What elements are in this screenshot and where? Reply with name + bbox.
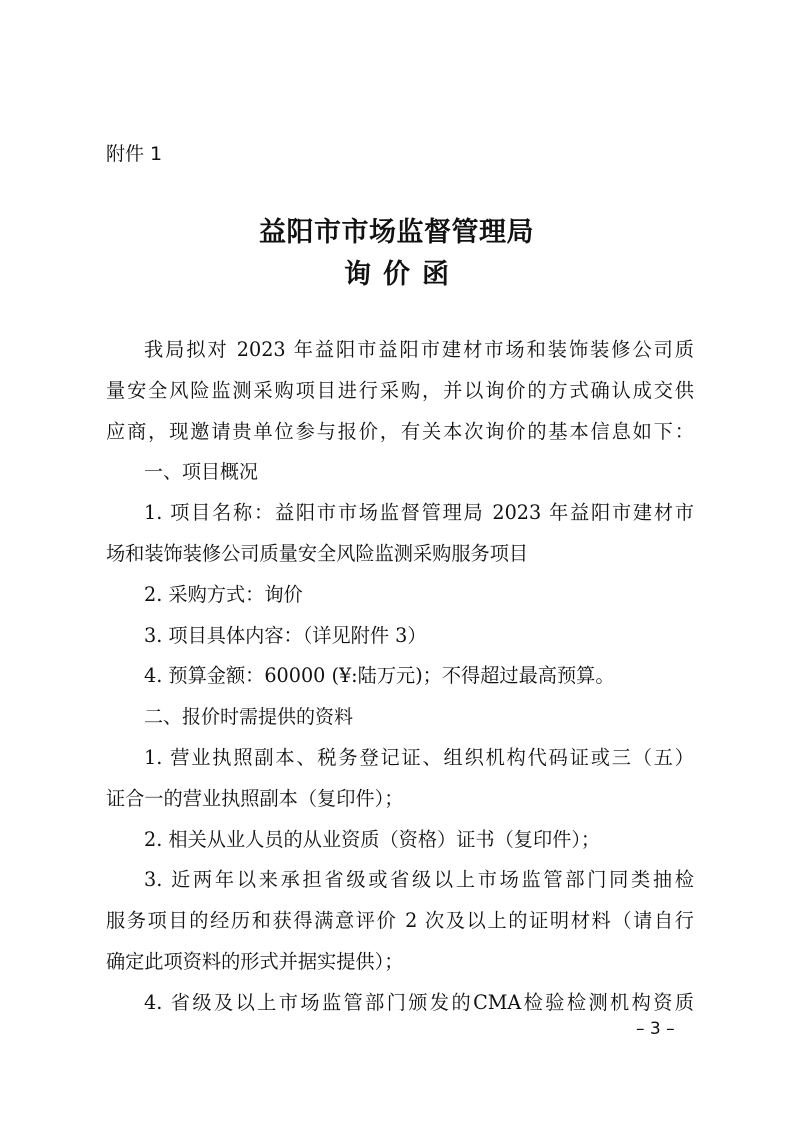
document-title-agency: 益阳市市场监督管理局 <box>0 210 793 249</box>
list-item-continuation: 场和装饰装修公司质量安全风险监测采购服务项目 <box>106 534 694 575</box>
list-item: 1. 营业执照副本、税务登记证、组织机构代码证或三（五） <box>106 738 694 779</box>
intro-line: 量安全风险监测采购项目进行采购，并以询价的方式确认成交供 <box>106 371 694 412</box>
list-item-continuation: 证合一的营业执照副本（复印件）； <box>106 779 694 820</box>
list-item-continuation: 服务项目的经历和获得满意评价 2 次及以上的证明材料（请自行 <box>106 901 694 942</box>
section-heading-overview: 一、项目概况 <box>106 452 694 493</box>
attachment-label: 附件 1 <box>106 139 162 166</box>
list-item: 4. 预算金额：60000 (¥:陆万元)；不得超过最高预算。 <box>106 656 694 697</box>
intro-line: 我局拟对 2023 年益阳市益阳市建材市场和装饰装修公司质 <box>106 330 694 371</box>
section-heading-materials: 二、报价时需提供的资料 <box>106 697 694 738</box>
intro-line: 应商，现邀请贵单位参与报价，有关本次询价的基本信息如下： <box>106 412 694 453</box>
list-item: 3. 项目具体内容：（详见附件 3） <box>106 616 694 657</box>
list-item-continuation: 确定此项资料的形式并据实提供）； <box>106 942 694 983</box>
list-item: 1. 项目名称：益阳市市场监督管理局 2023 年益阳市建材市 <box>106 493 694 534</box>
list-item: 4. 省级及以上市场监管部门颁发的CMA检验检测机构资质 <box>106 983 694 1024</box>
page-number: – 3 – <box>636 1019 675 1039</box>
list-item: 2. 相关从业人员的从业资质（资格）证书（复印件）； <box>106 820 694 861</box>
document-title-inquiry: 询价函 <box>0 252 793 291</box>
list-item: 3. 近两年以来承担省级或省级以上市场监管部门同类抽检 <box>106 860 694 901</box>
document-body: 我局拟对 2023 年益阳市益阳市建材市场和装饰装修公司质 量安全风险监测采购项… <box>106 330 694 1024</box>
list-item: 2. 采购方式：询价 <box>106 575 694 616</box>
